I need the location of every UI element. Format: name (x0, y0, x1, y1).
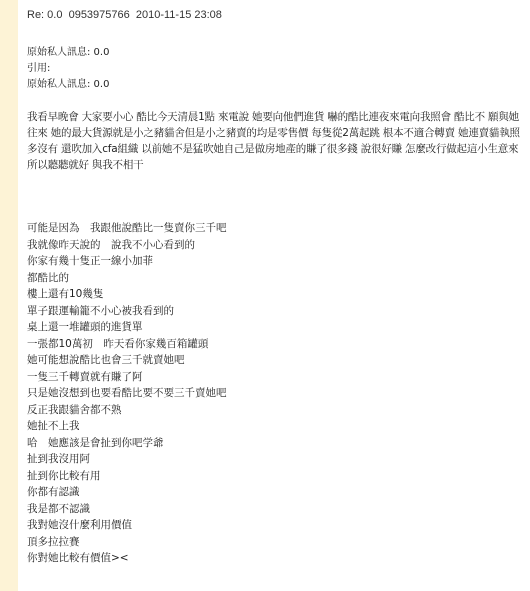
message-header: Re: 0.0 0953975766 2010-11-15 23:08 (27, 9, 222, 21)
reply-line: 可能是因為 我跟他說酷比一隻賣你三千吧 (27, 220, 227, 237)
reply-line: 你都有認識 (27, 484, 227, 501)
message-paragraph: 我看早晚會 大家要小心 酷比今天清晨1點 來電說 她要向他們進貨 嚇的酷比連夜來… (27, 109, 525, 173)
reply-lines: 可能是因為 我跟他說酷比一隻賣你三千吧 我就像昨天說的 說我不小心看到的 你家有… (27, 220, 227, 567)
reply-line: 反正我跟貓舍都不熟 (27, 402, 227, 419)
reply-line: 扯到你比較有用 (27, 468, 227, 485)
reply-line: 一隻三千轉賣就有賺了阿 (27, 369, 227, 386)
left-margin-strip (0, 0, 18, 591)
reply-line: 頂多拉拉賽 (27, 534, 227, 551)
reply-line: 她扯不上我 (27, 418, 227, 435)
reply-line: 她可能想說酷比也會三千就賣她吧 (27, 352, 227, 369)
reply-line: 都酷比的 (27, 270, 227, 287)
reply-line: 哈 她應該是會扯到你吧学爺 (27, 435, 227, 452)
reply-line: 一張都10萬初 昨天看你家幾百箱罐頭 (27, 336, 227, 353)
quote-line: 原始私人訊息: 0.0 (27, 77, 109, 93)
reply-line: 你對她比較有價值>< (27, 550, 227, 567)
quote-line: 引用: (27, 61, 109, 77)
reply-line: 我就像昨天說的 說我不小心看到的 (27, 237, 227, 254)
reply-line: 樓上還有10幾隻 (27, 286, 227, 303)
reply-line: 桌上還一堆罐頭的進貨單 (27, 319, 227, 336)
reply-line: 我是都不認識 (27, 501, 227, 518)
reply-line: 我對她沒什麼利用價值 (27, 517, 227, 534)
quoted-message-block: 原始私人訊息: 0.0 引用: 原始私人訊息: 0.0 (27, 45, 109, 93)
reply-line: 只是她沒想到也要看酷比要不要三千賣她吧 (27, 385, 227, 402)
reply-line: 單子跟運輸籠不小心被我看到的 (27, 303, 227, 320)
reply-line: 扯到我沒用阿 (27, 451, 227, 468)
reply-line: 你家有幾十隻正一線小加菲 (27, 253, 227, 270)
quote-line: 原始私人訊息: 0.0 (27, 45, 109, 61)
